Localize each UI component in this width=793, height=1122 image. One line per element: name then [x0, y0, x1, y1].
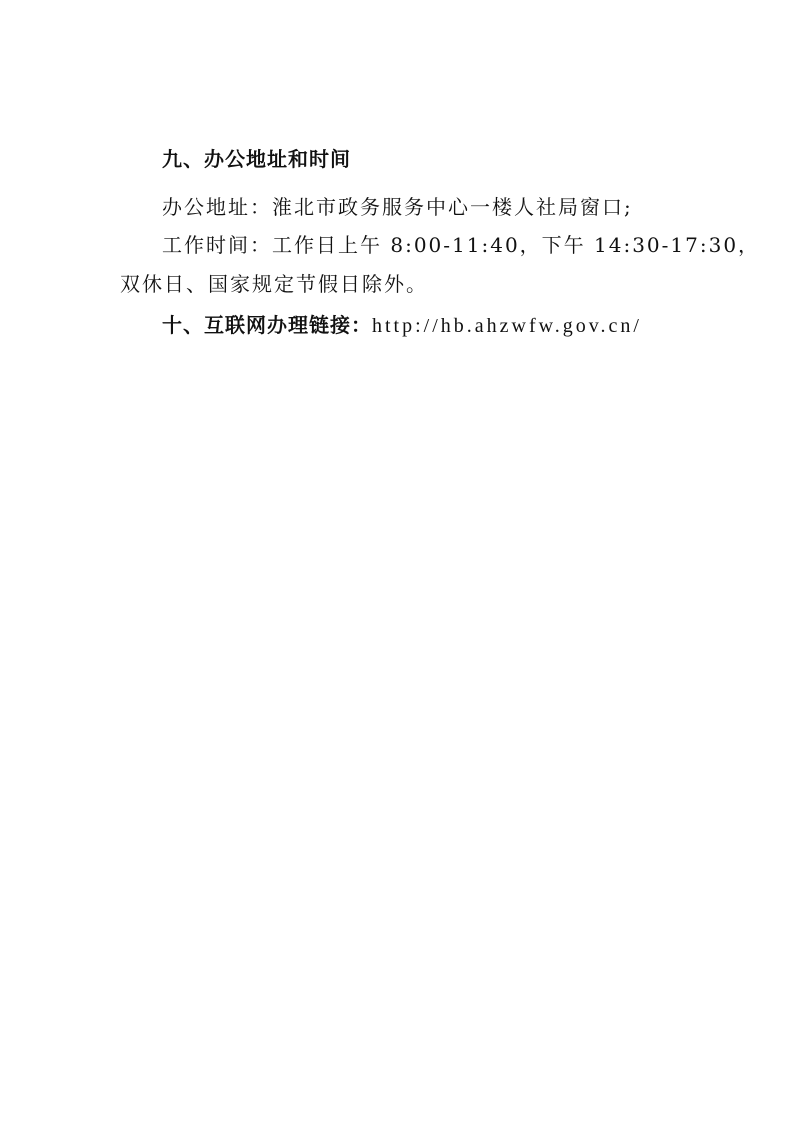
section-9-heading: 九、办公地址和时间 [162, 147, 351, 171]
office-address-value: 淮北市政务服务中心一楼人社局窗口; [272, 195, 633, 219]
online-service-link[interactable]: http://hb.ahzwfw.gov.cn/ [372, 315, 642, 337]
office-address-line: 办公地址：淮北市政务服务中心一楼人社局窗口; [162, 195, 633, 219]
working-hours-exception: 双休日、国家规定节假日除外。 [120, 272, 428, 296]
working-hours-label: 工作时间： [162, 233, 272, 257]
working-hours-line: 工作时间：工作日上午 8:00-11:40，下午 14:30-17:30， [162, 233, 760, 257]
section-10-heading: 十、互联网办理链接： [162, 313, 372, 337]
working-hours-value: 工作日上午 8:00-11:40，下午 14:30-17:30， [272, 233, 760, 257]
section-9-heading-text: 九、办公地址和时间 [162, 147, 351, 171]
online-link-line: 十、互联网办理链接：http://hb.ahzwfw.gov.cn/ [162, 313, 642, 338]
office-address-label: 办公地址： [162, 195, 272, 219]
working-hours-continuation: 双休日、国家规定节假日除外。 [120, 272, 428, 296]
